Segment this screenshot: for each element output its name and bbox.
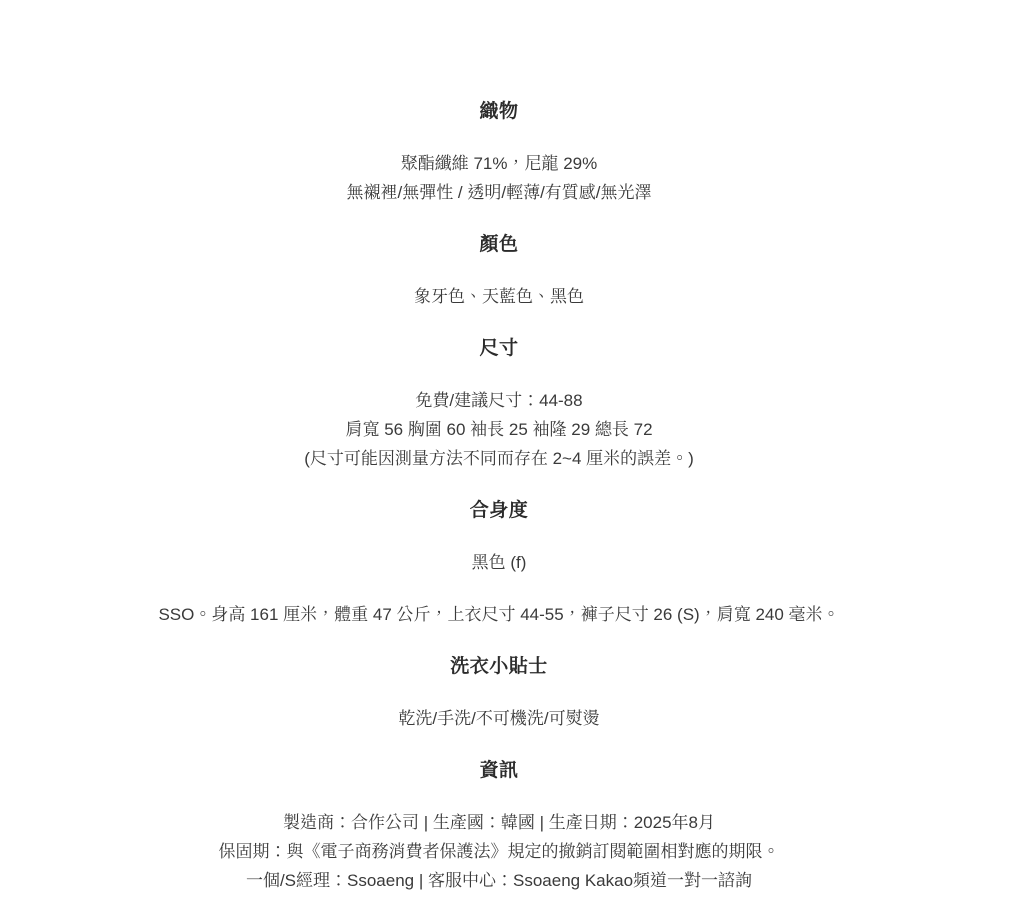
fabric-heading: 織物: [0, 97, 998, 126]
fit-model-paragraph: SSO。身高 161 厘米，體重 47 公斤，上衣尺寸 44-55，褲子尺寸 2…: [0, 600, 998, 629]
warranty-text: 保固期：與《電子商務消費者保護法》規定的撤銷訂閱範圍相對應的期限。: [0, 837, 998, 866]
washing-tips-paragraph: 乾洗/手洗/不可機洗/可熨燙: [0, 704, 998, 733]
customer-service-text: 一個/S經理：Ssoaeng | 客服中心：Ssoaeng Kakao頻道一對一…: [0, 866, 998, 895]
section-fabric: 織物 聚酯纖維 71%，尼龍 29% 無襯裡/無彈性 / 透明/輕薄/有質感/無…: [0, 97, 998, 207]
size-heading: 尺寸: [0, 334, 998, 363]
section-information: 資訊 製造商：合作公司 | 生產國：韓國 | 生產日期：2025年8月 保固期：…: [0, 756, 998, 895]
fabric-properties-text: 無襯裡/無彈性 / 透明/輕薄/有質感/無光澤: [0, 178, 998, 207]
color-heading: 顏色: [0, 230, 998, 259]
washing-tips-heading: 洗衣小貼士: [0, 652, 998, 681]
section-washing-tips: 洗衣小貼士 乾洗/手洗/不可機洗/可熨燙: [0, 652, 998, 733]
fit-heading: 合身度: [0, 496, 998, 525]
size-measurements-text: 肩寬 56 胸圍 60 袖長 25 袖隆 29 總長 72: [0, 415, 998, 444]
color-options-text: 象牙色、天藍色、黑色: [0, 282, 998, 311]
information-heading: 資訊: [0, 756, 998, 785]
section-size: 尺寸 免費/建議尺寸：44-88 肩寬 56 胸圍 60 袖長 25 袖隆 29…: [0, 334, 998, 473]
size-tolerance-note-text: (尺寸可能因測量方法不同而存在 2~4 厘米的誤差。): [0, 444, 998, 473]
manufacturer-text: 製造商：合作公司 | 生產國：韓國 | 生產日期：2025年8月: [0, 808, 998, 837]
fit-color-text: 黑色 (f): [0, 548, 998, 577]
fabric-composition-text: 聚酯纖維 71%，尼龍 29%: [0, 149, 998, 178]
fabric-paragraph: 聚酯纖維 71%，尼龍 29% 無襯裡/無彈性 / 透明/輕薄/有質感/無光澤: [0, 149, 998, 207]
section-fit: 合身度 黑色 (f) SSO。身高 161 厘米，體重 47 公斤，上衣尺寸 4…: [0, 496, 998, 629]
product-detail-page: 織物 聚酯纖維 71%，尼龍 29% 無襯裡/無彈性 / 透明/輕薄/有質感/無…: [0, 0, 1024, 919]
fit-model-spec-text: SSO。身高 161 厘米，體重 47 公斤，上衣尺寸 44-55，褲子尺寸 2…: [0, 600, 998, 629]
size-paragraph: 免費/建議尺寸：44-88 肩寬 56 胸圍 60 袖長 25 袖隆 29 總長…: [0, 386, 998, 473]
size-recommendation-text: 免費/建議尺寸：44-88: [0, 386, 998, 415]
color-paragraph: 象牙色、天藍色、黑色: [0, 282, 998, 311]
washing-instructions-text: 乾洗/手洗/不可機洗/可熨燙: [0, 704, 998, 733]
section-color: 顏色 象牙色、天藍色、黑色: [0, 230, 998, 311]
fit-color-paragraph: 黑色 (f): [0, 548, 998, 577]
information-paragraph: 製造商：合作公司 | 生產國：韓國 | 生產日期：2025年8月 保固期：與《電…: [0, 808, 998, 895]
